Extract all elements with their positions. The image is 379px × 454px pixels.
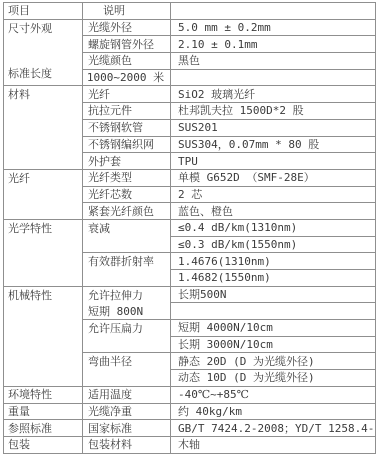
value-cell: GB/T 7424.2-2008；YD/T 1258.4-2009: [171, 420, 376, 428]
param-label: 国家标准: [83, 420, 171, 428]
header-item: 项目: [4, 3, 83, 20]
param-label: 光纤类型: [83, 169, 171, 186]
value-cell-empty: [171, 303, 376, 320]
value-cell: SiO2 玻璃光纤: [171, 86, 376, 103]
header-description: 说明: [83, 3, 171, 20]
group-cell-size: 尺寸外观 标准长度: [4, 19, 83, 86]
param-label: 光缆净重: [83, 403, 171, 420]
value-cell: TPU: [171, 153, 376, 170]
value-cell: 长期500N: [171, 286, 376, 303]
param-label: 适用温度: [83, 386, 171, 403]
table-row: 重量 光缆净重 约 40kg/km: [4, 403, 376, 420]
value-cell: 蓝色、橙色: [171, 203, 376, 220]
value-cell: SUS304，0.07mm * 80 股: [171, 136, 376, 153]
param-label-tensile: 允许拉伸力 短期 800N: [83, 286, 171, 319]
param-label: 光缆外径: [83, 19, 171, 36]
param-label: 紧套光纤颜色: [83, 203, 171, 220]
value-cell: 单模 G652D （SMF-28E）: [171, 169, 376, 186]
group-label-standard: 参照标准: [4, 420, 83, 428]
value-cell: 静态 20D (D 为光缆外径): [171, 353, 376, 370]
group-label-size: 尺寸外观: [8, 21, 80, 37]
value-cell: 约 40kg/km: [171, 403, 376, 420]
param-label: 不锈钢软管: [83, 119, 171, 136]
param-label-crush: 允许压扁力: [83, 320, 171, 353]
value-cell: 黑色: [171, 53, 376, 70]
param-label-bend: 弯曲半径: [83, 353, 171, 386]
tensile-line1: 允许拉伸力: [88, 288, 168, 304]
header-empty: [171, 3, 376, 20]
value-cell: 杜邦凯夫拉 1500D*2 股: [171, 103, 376, 120]
table-row: 参照标准 国家标准 GB/T 7424.2-2008；YD/T 1258.4-2…: [4, 420, 376, 428]
param-label: 光缆颜色: [83, 53, 171, 70]
value-cell: ≤0.4 dB/km(1310nm): [171, 219, 376, 236]
table-row: 材料 光纤 SiO2 玻璃光纤: [4, 86, 376, 103]
group-label-optical: 光学特性: [4, 219, 83, 286]
group-label-fiber: 光纤: [4, 169, 83, 219]
value-cell: 短期 4000N/10cm: [171, 320, 376, 337]
value-cell: 1.4676(1310nm): [171, 253, 376, 270]
param-label: 不锈钢编织网: [83, 136, 171, 153]
header-row: 项目 说明: [4, 3, 376, 20]
table-row: 光纤 光纤类型 单模 G652D （SMF-28E）: [4, 169, 376, 186]
param-label-attenuation: 衰减: [83, 219, 171, 252]
value-cell: 2 芯: [171, 186, 376, 203]
value-cell: ≤0.3 dB/km(1550nm): [171, 236, 376, 253]
spec-table: 项目 说明 尺寸外观 标准长度 光缆外径 5.0 mm ± 0.2mm 螺旋钢管…: [3, 2, 376, 428]
group-label-material: 材料: [4, 86, 83, 169]
param-label: 抗拉元件: [83, 103, 171, 120]
param-label: 光纤芯数: [83, 186, 171, 203]
table-row: 尺寸外观 标准长度 光缆外径 5.0 mm ± 0.2mm: [4, 19, 376, 36]
value-cell: 5.0 mm ± 0.2mm: [171, 19, 376, 36]
value-cell: 2.10 ± 0.1mm: [171, 36, 376, 53]
value-cell: SUS201: [171, 119, 376, 136]
value-cell: -40℃~+85℃: [171, 386, 376, 403]
param-label: 螺旋钢管外径: [83, 36, 171, 53]
table-row: 光学特性 衰减 ≤0.4 dB/km(1310nm): [4, 219, 376, 236]
param-label-refraction: 有效群折射率: [83, 253, 171, 286]
value-cell-empty: [171, 69, 376, 86]
group-label-environment: 环境特性: [4, 386, 83, 403]
group-label-mechanical: 机械特性: [4, 286, 83, 386]
param-label-length: 1000~2000 米: [83, 69, 171, 86]
tensile-line2: 短期 800N: [88, 303, 168, 319]
group-label-length: 标准长度: [8, 66, 80, 82]
value-cell: 1.4682(1550nm): [171, 270, 376, 287]
param-label: 光纤: [83, 86, 171, 103]
table-row: 环境特性 适用温度 -40℃~+85℃: [4, 386, 376, 403]
group-label-weight: 重量: [4, 403, 83, 420]
param-label: 外护套: [83, 153, 171, 170]
table-row: 机械特性 允许拉伸力 短期 800N 长期500N: [4, 286, 376, 303]
value-cell: 动态 10D (D 为光缆外径): [171, 370, 376, 387]
value-cell: 长期 3000N/10cm: [171, 336, 376, 353]
